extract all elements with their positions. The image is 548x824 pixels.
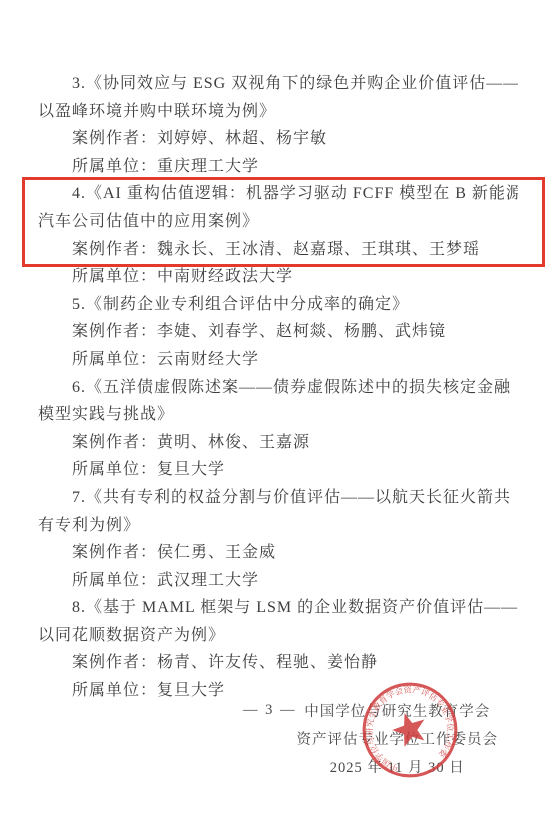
signature-org-line1: 中国学位与研究生教育学会: [297, 698, 499, 726]
case-affiliation: 所属单位：复旦大学: [38, 456, 518, 484]
signature-date: 2025 年 11 月 30 日: [297, 754, 499, 782]
case-entry: 3.《协同效应与 ESG 双视角下的绿色并购企业价值评估—— 以盈峰环境并购中联…: [38, 70, 518, 180]
case-affiliation: 所属单位：中南财经政法大学: [38, 263, 518, 291]
case-title-line: 5.《制药企业专利组合评估中分成率的确定》: [38, 291, 518, 319]
case-authors: 案例作者：李婕、刘春学、赵柯燚、杨鹏、武炜镜: [38, 318, 518, 346]
case-authors: 案例作者：黄明、林俊、王嘉源: [38, 429, 518, 457]
case-entry: 6.《五洋债虚假陈述案——债券虚假陈述中的损失核定金融 模型实践与挑战》 案例作…: [38, 374, 518, 484]
page-number: — 3 —: [243, 702, 297, 719]
case-list: 3.《协同效应与 ESG 双视角下的绿色并购企业价值评估—— 以盈峰环境并购中联…: [38, 70, 518, 705]
case-title-line: 汽车公司估值中的应用案例》: [38, 208, 518, 236]
case-entry: 5.《制药企业专利组合评估中分成率的确定》 案例作者：李婕、刘春学、赵柯燚、杨鹏…: [38, 291, 518, 374]
case-title-line: 4.《AI 重构估值逻辑：机器学习驱动 FCFF 模型在 B 新能源: [38, 180, 518, 208]
case-authors: 案例作者：杨青、许友传、程驰、姜怡静: [38, 649, 518, 677]
case-entry-highlighted: 4.《AI 重构估值逻辑：机器学习驱动 FCFF 模型在 B 新能源 汽车公司估…: [38, 180, 518, 290]
case-title-line: 7.《共有专利的权益分割与价值评估——以航天长征火箭共: [38, 484, 518, 512]
signature-block: 中国学位与研究生教育学会 资产评估专业学位工作委员会 2025 年 11 月 3…: [297, 698, 499, 782]
case-affiliation: 所属单位：武汉理工大学: [38, 567, 518, 595]
case-title-line: 8.《基于 MAML 框架与 LSM 的企业数据资产价值评估——: [38, 594, 518, 622]
case-title-line: 以同花顺数据资产为例》: [38, 622, 518, 650]
case-authors: 案例作者：侯仁勇、王金威: [38, 539, 518, 567]
case-affiliation: 所属单位：重庆理工大学: [38, 153, 518, 181]
case-title-line: 模型实践与挑战》: [38, 401, 518, 429]
case-authors: 案例作者：魏永长、王冰清、赵嘉璟、王琪琪、王梦瑶: [38, 236, 518, 264]
case-title-line: 6.《五洋债虚假陈述案——债券虚假陈述中的损失核定金融: [38, 374, 518, 402]
document-page: 3.《协同效应与 ESG 双视角下的绿色并购企业价值评估—— 以盈峰环境并购中联…: [0, 0, 548, 824]
case-affiliation: 所属单位：云南财经大学: [38, 346, 518, 374]
case-title-line: 有专利为例》: [38, 512, 518, 540]
case-authors: 案例作者：刘婷婷、林超、杨宇敏: [38, 125, 518, 153]
case-entry: 7.《共有专利的权益分割与价值评估——以航天长征火箭共 有专利为例》 案例作者：…: [38, 484, 518, 594]
case-title-line: 3.《协同效应与 ESG 双视角下的绿色并购企业价值评估——: [38, 70, 518, 98]
case-entry: 8.《基于 MAML 框架与 LSM 的企业数据资产价值评估—— 以同花顺数据资…: [38, 594, 518, 704]
case-title-line: 以盈峰环境并购中联环境为例》: [38, 98, 518, 126]
signature-org-line2: 资产评估专业学位工作委员会: [297, 726, 499, 754]
